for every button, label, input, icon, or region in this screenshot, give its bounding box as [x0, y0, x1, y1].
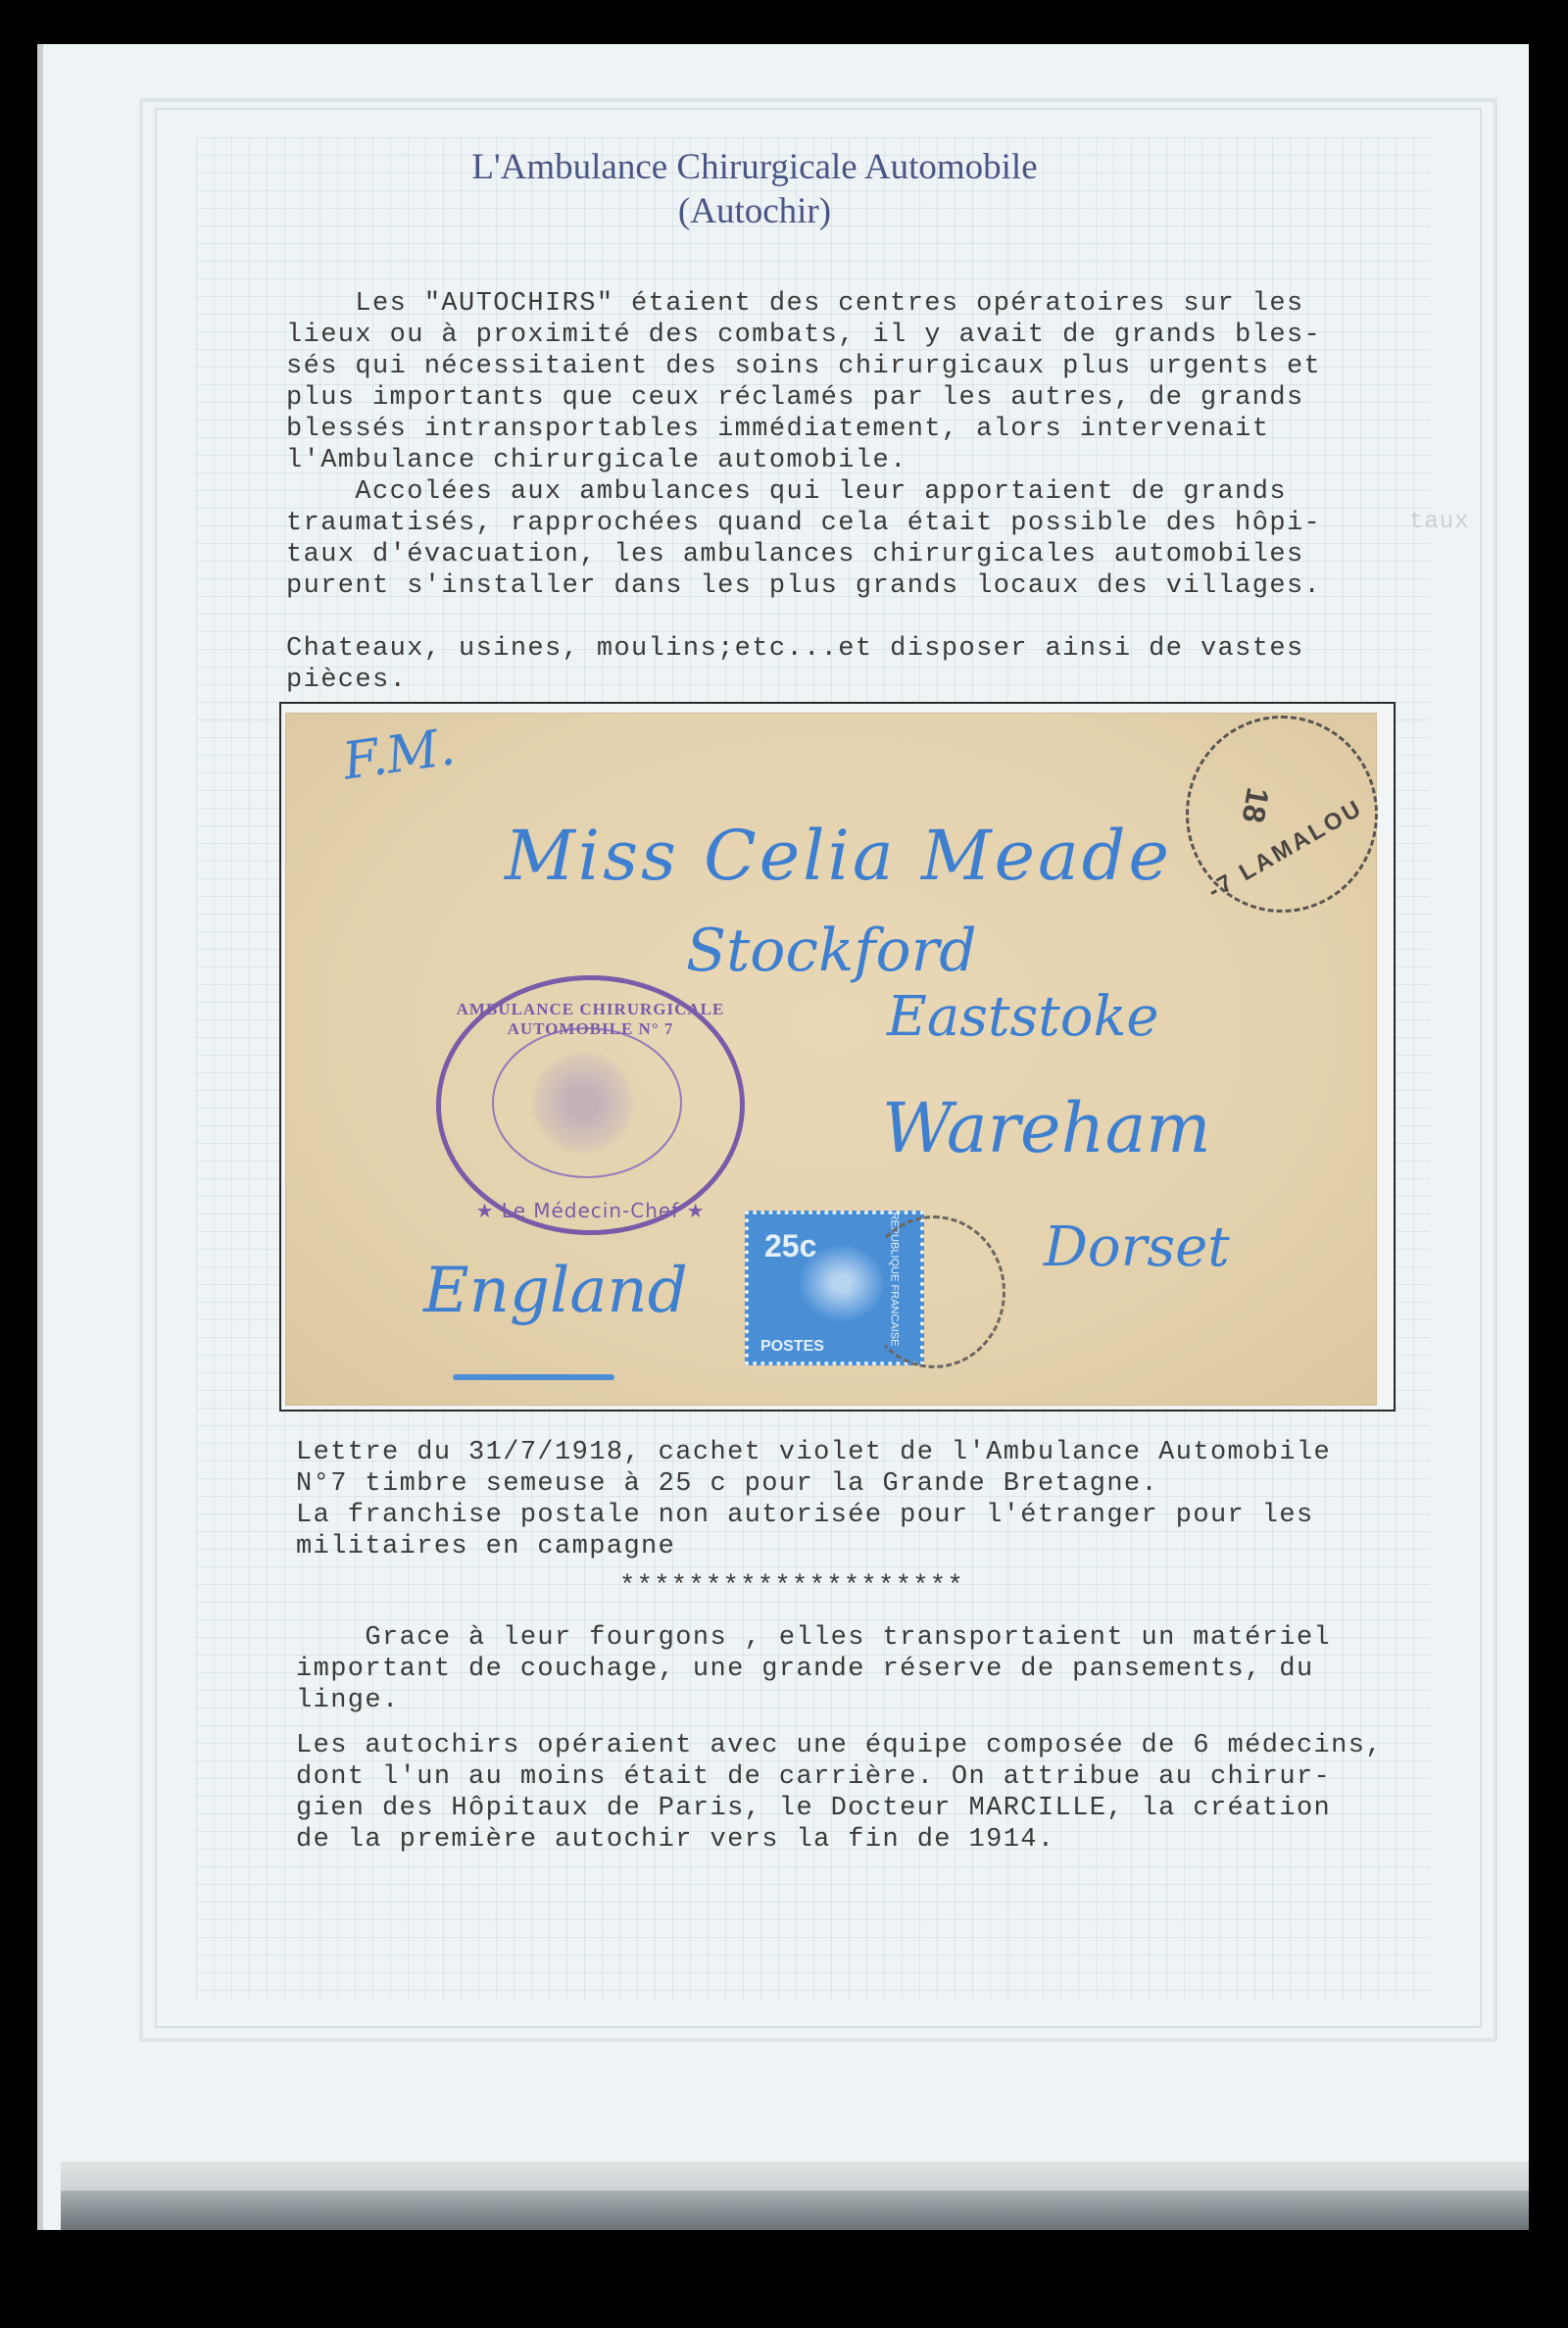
- second-paragraph: Accolées aux ambulances qui leur apporta…: [286, 476, 1321, 602]
- violet-cachet: AMBULANCE CHIRURGICALE AUTOMOBILE N° 7 ★…: [436, 975, 745, 1235]
- postmark-town: -7 LAMALOU: [1203, 794, 1368, 905]
- country-underline: [453, 1374, 614, 1380]
- title-line-1: L'Ambulance Chirurgicale Automobile: [274, 145, 1235, 189]
- address-line-county: Dorset: [1044, 1215, 1230, 1279]
- address-line-name: Miss Celia Meade: [505, 816, 1172, 896]
- page-edge-shadow: [61, 2191, 1529, 2230]
- title-line-2: (Autochir): [274, 189, 1235, 233]
- intro-paragraph: Les "AUTOCHIRS" étaient des centres opér…: [286, 288, 1321, 476]
- cover-caption: Lettre du 31/7/1918, cachet violet de l'…: [296, 1437, 1331, 1562]
- stamp-label: POSTES: [760, 1338, 824, 1356]
- address-line-town: Wareham: [882, 1088, 1211, 1168]
- page-edge: [61, 2161, 1529, 2191]
- stamp-cancellation: [862, 1215, 1005, 1368]
- bleed-through-text: taux: [1409, 509, 1470, 535]
- cachet-text-bottom: ★ Le Médecin-Chef ★: [441, 1199, 740, 1222]
- postmark-date: 18: [1234, 785, 1276, 825]
- address-line-country: England: [423, 1255, 688, 1327]
- fourth-paragraph: Grace à leur fourgons , elles transporta…: [296, 1622, 1331, 1716]
- fifth-paragraph: Les autochirs opéraient avec une équipe …: [296, 1730, 1383, 1856]
- page-title: L'Ambulance Chirurgicale Automobile (Aut…: [274, 145, 1235, 233]
- liberty-figure-icon: [529, 1049, 637, 1157]
- postmark: 18 -7 LAMALOU: [1186, 716, 1378, 913]
- separator-stars: ********************: [619, 1571, 964, 1603]
- address-line-3: Eaststoke: [887, 985, 1159, 1049]
- stamp-value: 25c: [764, 1228, 816, 1264]
- third-paragraph: Chateaux, usines, moulins;etc...et dispo…: [286, 633, 1304, 696]
- address-line-2: Stockford: [686, 916, 977, 985]
- cachet-text-top: AMBULANCE CHIRURGICALE AUTOMOBILE N° 7: [441, 1000, 740, 1039]
